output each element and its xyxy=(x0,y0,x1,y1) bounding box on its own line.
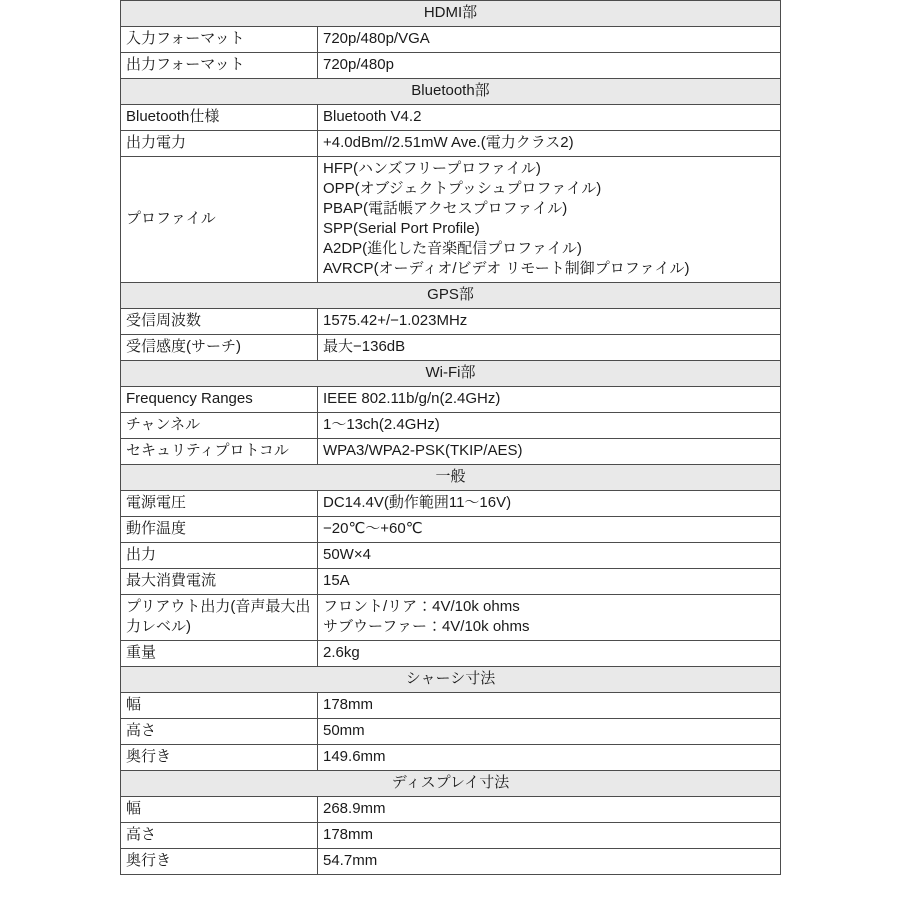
spec-row: 高さ178mm xyxy=(121,823,781,849)
spec-table-body: HDMI部入力フォーマット720p/480p/VGA出力フォーマット720p/4… xyxy=(121,0,781,875)
section-header: Wi-Fi部 xyxy=(121,361,781,387)
spec-row: 奥行き54.7mm xyxy=(121,849,781,875)
spec-value: 1〜13ch(2.4GHz) xyxy=(318,413,781,439)
spec-value: 最大−136dB xyxy=(318,335,781,361)
section-header: HDMI部 xyxy=(121,1,781,27)
section-header-row: HDMI部 xyxy=(121,1,781,27)
spec-value: 149.6mm xyxy=(318,745,781,771)
spec-row: 動作温度−20℃〜+60℃ xyxy=(121,517,781,543)
spec-row: 電源電圧DC14.4V(動作範囲11〜16V) xyxy=(121,491,781,517)
spec-label: 動作温度 xyxy=(121,517,318,543)
section-header-row: 一般 xyxy=(121,465,781,491)
spec-value: WPA3/WPA2-PSK(TKIP/AES) xyxy=(318,439,781,465)
spec-label: 幅 xyxy=(121,797,318,823)
section-header-row: Wi-Fi部 xyxy=(121,361,781,387)
spec-row: プロファイルHFP(ハンズフリープロファイル) OPP(オブジェクトプッシュプロ… xyxy=(121,157,781,283)
spec-row: Frequency RangesIEEE 802.11b/g/n(2.4GHz) xyxy=(121,387,781,413)
section-header-row: ディスプレイ寸法 xyxy=(121,771,781,797)
spec-label: 奥行き xyxy=(121,849,318,875)
spec-row: 出力フォーマット720p/480p xyxy=(121,53,781,79)
spec-label: 電源電圧 xyxy=(121,491,318,517)
spec-row: 受信感度(サーチ)最大−136dB xyxy=(121,335,781,361)
section-header: Bluetooth部 xyxy=(121,79,781,105)
spec-row: セキュリティプロトコルWPA3/WPA2-PSK(TKIP/AES) xyxy=(121,439,781,465)
spec-label: 受信周波数 xyxy=(121,309,318,335)
spec-row: Bluetooth仕様Bluetooth V4.2 xyxy=(121,105,781,131)
spec-row: 奥行き149.6mm xyxy=(121,745,781,771)
spec-label: 入力フォーマット xyxy=(121,27,318,53)
spec-value: 54.7mm xyxy=(318,849,781,875)
spec-table: HDMI部入力フォーマット720p/480p/VGA出力フォーマット720p/4… xyxy=(120,0,781,875)
spec-label: 出力フォーマット xyxy=(121,53,318,79)
spec-value: 50W×4 xyxy=(318,543,781,569)
spec-row: 幅268.9mm xyxy=(121,797,781,823)
spec-row: プリアウト出力(音声最大出力レベル)フロント/リア：4V/10k ohms サブ… xyxy=(121,595,781,641)
spec-label: Frequency Ranges xyxy=(121,387,318,413)
section-header: シャーシ寸法 xyxy=(121,667,781,693)
spec-value: IEEE 802.11b/g/n(2.4GHz) xyxy=(318,387,781,413)
spec-value: 268.9mm xyxy=(318,797,781,823)
spec-value: +4.0dBm//2.51mW Ave.(電力クラス2) xyxy=(318,131,781,157)
spec-label: 出力電力 xyxy=(121,131,318,157)
spec-label: Bluetooth仕様 xyxy=(121,105,318,131)
spec-value: フロント/リア：4V/10k ohms サブウーファー：4V/10k ohms xyxy=(318,595,781,641)
spec-value: 1575.42+/−1.023MHz xyxy=(318,309,781,335)
spec-row: チャンネル1〜13ch(2.4GHz) xyxy=(121,413,781,439)
section-header-row: シャーシ寸法 xyxy=(121,667,781,693)
section-header: GPS部 xyxy=(121,283,781,309)
spec-label: セキュリティプロトコル xyxy=(121,439,318,465)
spec-label: プロファイル xyxy=(121,157,318,283)
spec-value: 720p/480p/VGA xyxy=(318,27,781,53)
spec-label: 高さ xyxy=(121,823,318,849)
spec-label: 幅 xyxy=(121,693,318,719)
spec-label: 高さ xyxy=(121,719,318,745)
spec-label: 奥行き xyxy=(121,745,318,771)
spec-row: 最大消費電流15A xyxy=(121,569,781,595)
spec-value: 178mm xyxy=(318,823,781,849)
spec-label: 受信感度(サーチ) xyxy=(121,335,318,361)
spec-label: 出力 xyxy=(121,543,318,569)
section-header: ディスプレイ寸法 xyxy=(121,771,781,797)
spec-row: 重量2.6kg xyxy=(121,641,781,667)
spec-sheet-page: HDMI部入力フォーマット720p/480p/VGA出力フォーマット720p/4… xyxy=(0,0,900,900)
spec-row: 出力50W×4 xyxy=(121,543,781,569)
spec-value: 2.6kg xyxy=(318,641,781,667)
spec-row: 受信周波数1575.42+/−1.023MHz xyxy=(121,309,781,335)
spec-row: 出力電力+4.0dBm//2.51mW Ave.(電力クラス2) xyxy=(121,131,781,157)
spec-value: 720p/480p xyxy=(318,53,781,79)
section-header-row: Bluetooth部 xyxy=(121,79,781,105)
spec-label: 重量 xyxy=(121,641,318,667)
section-header: 一般 xyxy=(121,465,781,491)
spec-value: −20℃〜+60℃ xyxy=(318,517,781,543)
spec-label: プリアウト出力(音声最大出力レベル) xyxy=(121,595,318,641)
spec-value: DC14.4V(動作範囲11〜16V) xyxy=(318,491,781,517)
spec-value: 178mm xyxy=(318,693,781,719)
spec-label: 最大消費電流 xyxy=(121,569,318,595)
spec-row: 幅178mm xyxy=(121,693,781,719)
spec-value: Bluetooth V4.2 xyxy=(318,105,781,131)
spec-value: 15A xyxy=(318,569,781,595)
section-header-row: GPS部 xyxy=(121,283,781,309)
spec-row: 入力フォーマット720p/480p/VGA xyxy=(121,27,781,53)
spec-label: チャンネル xyxy=(121,413,318,439)
spec-value: 50mm xyxy=(318,719,781,745)
spec-row: 高さ50mm xyxy=(121,719,781,745)
spec-value: HFP(ハンズフリープロファイル) OPP(オブジェクトプッシュプロファイル) … xyxy=(318,157,781,283)
